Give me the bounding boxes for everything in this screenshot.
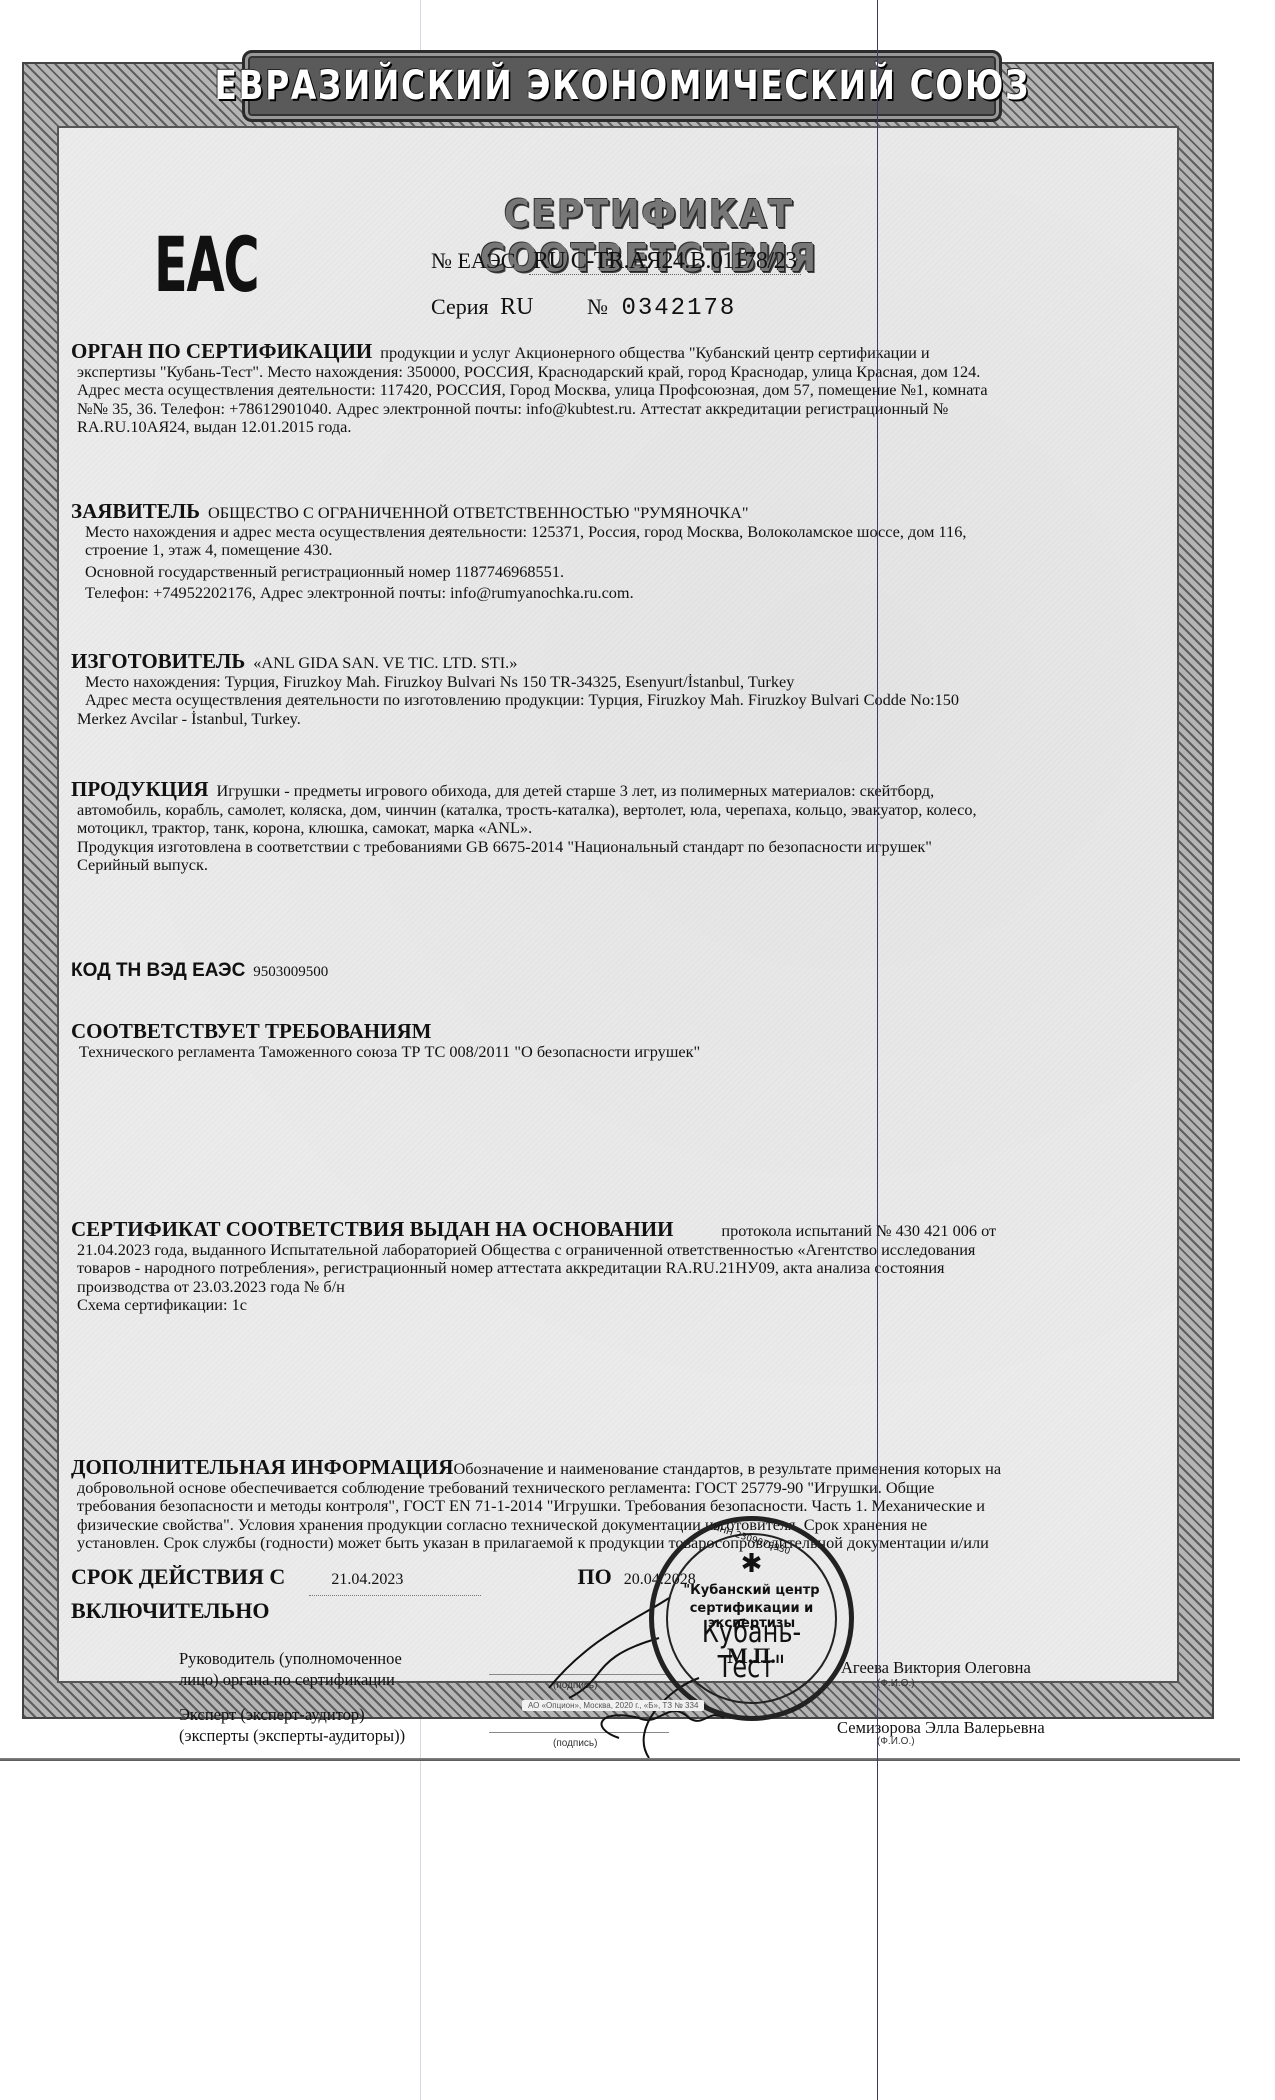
section-tnved-code: КОД ТН ВЭД ЕАЭС9503009500 — [71, 962, 1137, 982]
certificate-number-value: RU C-TR.АЯ24.В.01178/23 — [529, 248, 801, 275]
section-line: «ANL GIDA SAN. VE TIC. LTD. STI.» — [253, 653, 517, 672]
star-icon: ✱ — [654, 1549, 849, 1579]
role-line: Эксперт (эксперт-аудитор) — [179, 1704, 405, 1725]
section-heading: КОД ТН ВЭД ЕАЭС — [71, 960, 245, 981]
section-line: Серийный выпуск. — [71, 856, 1137, 875]
name-caption: (Ф.И.О.) — [877, 1736, 915, 1747]
certificate-number-label: № ЕАЭС — [431, 248, 515, 273]
series-value: RU — [500, 294, 533, 320]
section-line: Адрес места осуществления деятельности п… — [71, 691, 1137, 710]
section-line: строение 1, этаж 4, помещение 430. — [71, 541, 1137, 560]
section-line: Адрес места осуществления деятельности: … — [71, 381, 1137, 400]
stamp-line: "Кубанский центр — [654, 1583, 849, 1598]
section-line: мотоцикл, трактор, танк, корона, клюшка,… — [71, 819, 1137, 838]
validity-from-date: 21.04.2023 — [309, 1565, 481, 1596]
section-line: протокола испытаний № 430 421 006 от — [721, 1221, 996, 1240]
section-line: Место нахождения и адрес места осуществл… — [71, 523, 1137, 542]
section-line: Место нахождения: Турция, Firuzkoy Mah. … — [71, 673, 1137, 692]
section-heading: ПРОДУКЦИЯ — [71, 777, 209, 801]
section-line: RA.RU.10АЯ24, выдан 12.01.2015 года. — [71, 418, 1137, 437]
section-line: Обозначение и наименование стандартов, в… — [453, 1459, 1001, 1478]
validity-from-label: СРОК ДЕЙСТВИЯ С — [71, 1564, 285, 1589]
series-label: Серия — [431, 294, 489, 319]
section-line: установлен. Срок службы (годности) может… — [71, 1534, 1137, 1553]
section-heading: ОРГАН ПО СЕРТИФИКАЦИИ — [71, 339, 372, 363]
section-line: Merkez Avcilar - İstanbul, Turkey. — [71, 710, 1137, 729]
section-line: добровольной основе обеспечивается соблю… — [71, 1479, 1137, 1498]
signatory-expert-role: Эксперт (эксперт-аудитор) (эксперты (экс… — [179, 1704, 405, 1746]
role-line: (эксперты (эксперты-аудиторы)) — [179, 1725, 405, 1746]
section-line: требования безопасности и методы контрол… — [71, 1497, 1137, 1516]
signatory-expert-name: Семизорова Элла Валерьевна — [837, 1718, 1045, 1738]
section-line: производства от 23.03.2023 года № б/н — [71, 1278, 1137, 1297]
section-heading: СООТВЕТСТВУЕТ ТРЕБОВАНИЯМ — [71, 1019, 431, 1043]
section-manufacturer: ИЗГОТОВИТЕЛЬ«ANL GIDA SAN. VE TIC. LTD. … — [71, 652, 1137, 728]
section-line: №№ 35, 36. Телефон: +78612901040. Адрес … — [71, 400, 1137, 419]
signatory-head-role: Руководитель (уполномоченное лицо) орган… — [179, 1648, 402, 1690]
section-line: Игрушки - предметы игрового обихода, для… — [217, 781, 935, 800]
section-line: ОБЩЕСТВО С ОГРАНИЧЕННОЙ ОТВЕТСТВЕННОСТЬЮ… — [208, 503, 749, 522]
certificate-frame: ЕВРАЗИЙСКИЙ ЭКОНОМИЧЕСКИЙ СОЮЗ СЕРТИФИКА… — [22, 62, 1214, 1719]
section-heading: ЗАЯВИТЕЛЬ — [71, 499, 200, 523]
section-line: автомобиль, корабль, самолет, коляска, д… — [71, 801, 1137, 820]
validity-inclusive-label: ВКЛЮЧИТЕЛЬНО — [71, 1598, 269, 1623]
role-line: Руководитель (уполномоченное — [179, 1648, 402, 1669]
signatory-head-name: Агеева Виктория Олеговна — [841, 1658, 1031, 1678]
section-heading: СЕРТИФИКАТ СООТВЕТСТВИЯ ВЫДАН НА ОСНОВАН… — [71, 1217, 673, 1241]
section-line: Технического регламента Таможенного союз… — [71, 1043, 1137, 1062]
scan-artifact-line — [877, 0, 878, 2100]
section-line: продукции и услуг Акционерного общества … — [380, 343, 929, 362]
name-caption: (Ф.И.О.) — [877, 1678, 915, 1689]
role-line: лицо) органа по сертификации — [179, 1669, 402, 1690]
certificate-series: Серия RU № 0342178 — [431, 294, 736, 322]
section-applicant: ЗАЯВИТЕЛЬОБЩЕСТВО С ОГРАНИЧЕННОЙ ОТВЕТСТ… — [71, 502, 1137, 603]
section-heading: ИЗГОТОВИТЕЛЬ — [71, 649, 245, 673]
section-line: Схема сертификации: 1с — [71, 1296, 1137, 1315]
section-heading: ДОПОЛНИТЕЛЬНАЯ ИНФОРМАЦИЯ — [71, 1455, 453, 1479]
series-no-value: 0342178 — [621, 295, 736, 322]
section-line: Телефон: +74952202176, Адрес электронной… — [71, 584, 1137, 603]
section-line: экспертизы "Кубань-Тест". Место нахожден… — [71, 363, 1137, 382]
section-certification-body: ОРГАН ПО СЕРТИФИКАЦИИпродукции и услуг А… — [71, 342, 1137, 437]
scan-page-edge — [0, 1758, 1240, 1761]
tnved-code-value: 9503009500 — [253, 964, 328, 980]
section-additional-info: ДОПОЛНИТЕЛЬНАЯ ИНФОРМАЦИЯОбозначение и н… — [71, 1458, 1137, 1553]
union-banner: ЕВРАЗИЙСКИЙ ЭКОНОМИЧЕСКИЙ СОЮЗ — [242, 50, 1002, 122]
eac-logo: ЕАС — [154, 220, 258, 309]
union-title: ЕВРАЗИЙСКИЙ ЭКОНОМИЧЕСКИЙ СОЮЗ — [214, 63, 1030, 109]
section-line: товаров - народного потребления», регист… — [71, 1259, 1137, 1278]
series-no-label: № — [587, 294, 608, 319]
section-conforms: СООТВЕТСТВУЕТ ТРЕБОВАНИЯМ Технического р… — [71, 1022, 1137, 1061]
official-stamp: ИНН 2309079930 ✱ "Кубанский центр сертиф… — [649, 1516, 854, 1721]
section-line: Основной государственный регистрационный… — [71, 563, 1137, 582]
section-basis: СЕРТИФИКАТ СООТВЕТСТВИЯ ВЫДАН НА ОСНОВАН… — [71, 1220, 1137, 1315]
section-product: ПРОДУКЦИЯИгрушки - предметы игрового оби… — [71, 780, 1137, 875]
certificate-number: № ЕАЭС RU C-TR.АЯ24.В.01178/23 — [431, 248, 801, 275]
printer-imprint: АО «Опцион», Москва, 2020 г., «Б», ТЗ № … — [522, 1700, 704, 1711]
section-line: 21.04.2023 года, выданного Испытательной… — [71, 1241, 1137, 1260]
section-line: Продукция изготовлена в соответствии с т… — [71, 838, 1137, 857]
section-line: физические свойства". Условия хранения п… — [71, 1516, 1137, 1535]
stamp-mp: М.П. — [654, 1643, 849, 1669]
certificate-body: СЕРТИФИКАТ СООТВЕТСТВИЯ ЕАС № ЕАЭС RU C-… — [57, 126, 1179, 1683]
